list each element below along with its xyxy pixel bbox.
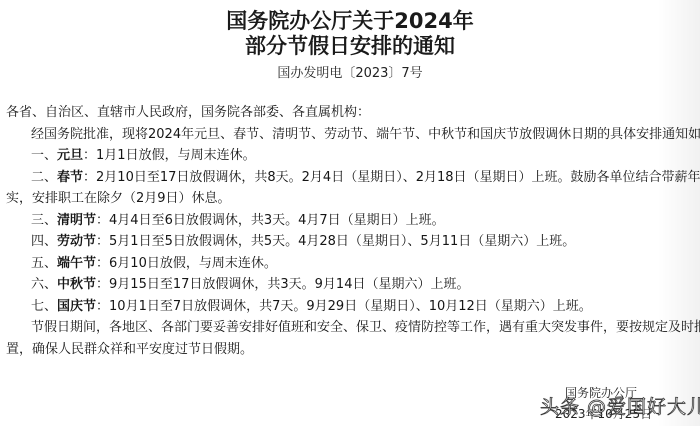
document-body: 各省、自治区、直辖市人民政府，国务院各部委、各直属机构： 经国务院批准，现将20…	[6, 102, 678, 360]
holiday-item-mid-autumn: 六、中秋节：9月15日至17日放假调休，共3天。9月14日（星期六）上班。	[6, 274, 678, 296]
holiday-item-labor-day: 四、劳动节：5月1日至5日放假调休，共5天。4月28日（星期日）、5月11日（星…	[6, 231, 678, 253]
item-prefix: 七、	[31, 299, 57, 314]
salutation: 各省、自治区、直辖市人民政府，国务院各部委、各直属机构：	[6, 102, 678, 124]
holiday-name: 劳动节	[57, 234, 96, 249]
holiday-name: 元旦	[57, 148, 83, 163]
item-text: ：5月1日至5日放假调休，共5天。4月28日（星期日）、5月11日（星期六）上班…	[96, 234, 575, 249]
holiday-item-spring-festival: 二、春节：2月10日至17日放假调休，共8天。2月4日（星期日）、2月18日（星…	[6, 167, 678, 189]
item-prefix: 二、	[31, 170, 57, 185]
holiday-name: 端午节	[57, 256, 96, 271]
item-prefix: 四、	[31, 234, 57, 249]
item-prefix: 六、	[31, 277, 57, 292]
item-prefix: 五、	[31, 256, 57, 271]
closing-paragraph: 节假日期间，各地区、各部门要妥善安排好值班和安全、保卫、疫情防控等工作，遇有重大…	[6, 317, 678, 339]
document-number: 国办发明电〔2023〕7号	[0, 62, 700, 81]
holiday-item-new-year: 一、元旦：1月1日放假，与周末连休。	[6, 145, 678, 167]
document-title-line2: 部分节假日安排的通知	[0, 34, 700, 58]
item-text: ：10月1日至7日放假调休，共7天。9月29日（星期日）、10月12日（星期六）…	[96, 299, 592, 314]
item-text: ：4月4日至6日放假调休，共3天。4月7日（星期日）上班。	[96, 213, 445, 228]
watermark: 头条 @爱国好大儿	[540, 392, 700, 419]
item-text: ：6月10日放假，与周末连休。	[96, 256, 277, 271]
item-text: ：9月15日至17日放假调休，共3天。9月14日（星期六）上班。	[96, 277, 469, 292]
holiday-item-dragon-boat: 五、端午节：6月10日放假，与周末连休。	[6, 253, 678, 275]
holiday-name: 清明节	[57, 213, 96, 228]
holiday-name: 春节	[57, 170, 83, 185]
document-title-line1: 国务院办公厅关于2024年	[0, 9, 700, 33]
holiday-item-national-day: 七、国庆节：10月1日至7日放假调休，共7天。9月29日（星期日）、10月12日…	[6, 296, 678, 318]
closing-paragraph-cont: 置，确保人民群众祥和平安度过节日假期。	[6, 339, 678, 361]
holiday-name: 中秋节	[57, 277, 96, 292]
item-text: ：2月10日至17日放假调休，共8天。2月4日（星期日）、2月18日（星期日）上…	[83, 170, 700, 185]
item-prefix: 一、	[31, 148, 57, 163]
holiday-item-spring-festival-cont: 实，安排职工在除夕（2月9日）休息。	[6, 188, 678, 210]
holiday-name: 国庆节	[57, 299, 96, 314]
item-prefix: 三、	[31, 213, 57, 228]
intro-paragraph: 经国务院批准，现将2024年元旦、春节、清明节、劳动节、端午节、中秋节和国庆节放…	[6, 124, 678, 146]
item-text: ：1月1日放假，与周末连休。	[83, 148, 256, 163]
holiday-item-qingming: 三、清明节：4月4日至6日放假调休，共3天。4月7日（星期日）上班。	[6, 210, 678, 232]
